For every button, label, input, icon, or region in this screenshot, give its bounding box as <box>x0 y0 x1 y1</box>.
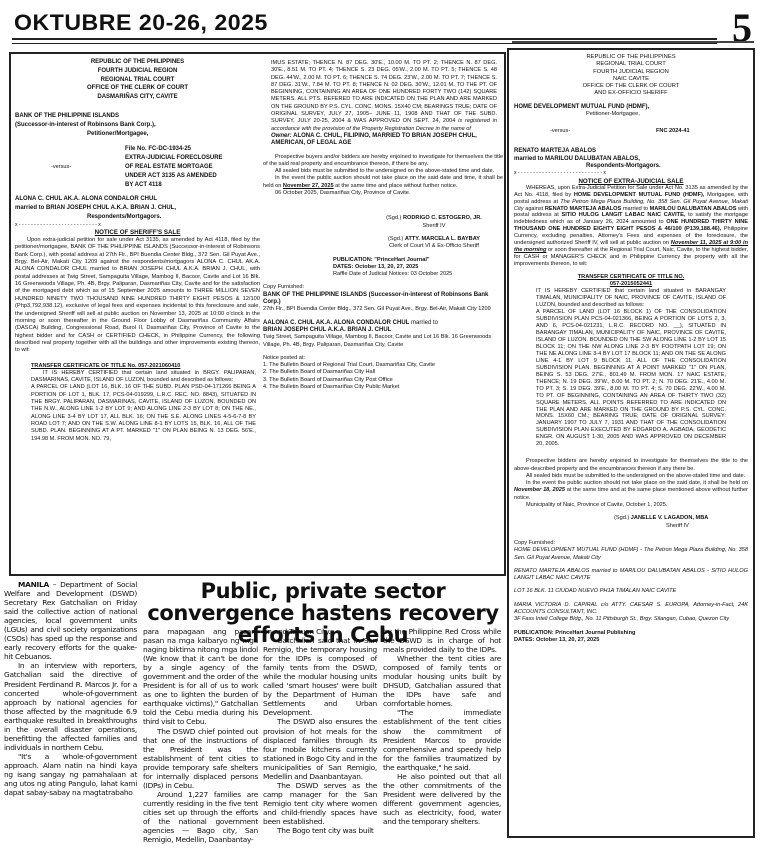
para-buyers: Prospective buyers and/or bidders are he… <box>263 154 503 169</box>
signatory-clerk: (Sgd.) ATTY. MARCELA L. BAYBAY Clerk of … <box>271 236 497 251</box>
issue-date: OKTUBRE 20-26, 2025 <box>14 10 268 36</box>
article-column-2: para mapagaan ang pasan-pasan na mga kal… <box>143 627 258 844</box>
tct-intro: IT IS HEREBY CERTIFIED that certain land… <box>31 370 256 385</box>
article-paragraph: He also pointed out that all the other c… <box>383 772 501 826</box>
respondent-name: RENATO MARTEJA ABALOS <box>514 148 748 155</box>
article-paragraph: In an interview with reporters, Gatchali… <box>4 661 137 751</box>
divider: x - - - - - - - - - - - - - - - - - - - … <box>15 222 260 229</box>
versus-label: -versus- <box>51 164 71 171</box>
page-number: 5 <box>732 4 752 51</box>
owner-line: Owner: ALONA C. CHUL, FILIPINO, MARRIED … <box>271 133 497 148</box>
article-paragraph: The Bogo tent city was built <box>263 826 377 835</box>
masthead: OKTUBRE 20-26, 2025 5 <box>12 8 752 44</box>
article-paragraph: "It's a whole-of-government approach. Al… <box>4 752 137 797</box>
box-rule <box>512 41 754 43</box>
article-column-3: an and Tanuan City. Gatchalian said that… <box>263 627 377 835</box>
article-paragraph: an and Tanuan City. <box>263 627 377 636</box>
notice-sheriffs-sale-bpi: REPUBLIC OF THE PHILIPPINES FOURTH JUDIC… <box>9 52 506 576</box>
notice-title: NOTICE OF SHERIFF'S SALE <box>15 229 260 237</box>
para-bids: All sealed bids must be submitted to the… <box>263 168 503 175</box>
case-caption: -versus- FNC 2024-41 <box>514 128 748 138</box>
article-column-1: MANILA – Department of Social Welfare an… <box>4 580 137 797</box>
article-paragraph: MANILA – Department of Social Welfare an… <box>4 580 137 661</box>
para-bids: All sealed bids must be submitted to the… <box>514 473 748 480</box>
court-header: REPUBLIC OF THE PHILIPPINES FOURTH JUDIC… <box>15 58 260 102</box>
article-column-4: by the Philippine Red Cross while the DS… <box>383 627 501 826</box>
respondent-role: Respondents/Mortgagors. <box>15 213 260 222</box>
dateline: 06 October 2025, Dasmariñas City, Provin… <box>263 190 497 197</box>
respondent-spouse: married to BRIAN JOSEPH CHUL A.K.A. BRIA… <box>15 204 260 213</box>
case-number: FNC 2024-41 <box>656 128 690 135</box>
petitioner-name: HOME DEVELOPMENT MUTUAL FUND (HDMF), <box>514 104 748 111</box>
tct-description: A PARCEL OF LAND (LOT 16 BLOCK 1) OF THE… <box>536 309 726 448</box>
article-paragraph: Gatchalian said that in San Remigio, the… <box>263 636 377 717</box>
respondent-name: ALONA C. CHUL AK.A. ALONA CONDALOR CHUL <box>15 195 260 204</box>
dateline: Municipality of Naic, Province of Cavite… <box>514 502 748 509</box>
article-paragraph: by the Philippine Red Cross while the DS… <box>383 627 501 654</box>
para-event: In the event the public auction should n… <box>514 480 748 502</box>
article-paragraph: Around 1,227 families are currently resi… <box>143 790 258 844</box>
notice-hdmf-column: REPUBLIC OF THE PHILIPPINES REGIONAL TRI… <box>514 54 748 644</box>
tct-title: TRANSFER CERTIFICATE OF TITLE No. 057-20… <box>31 363 256 370</box>
para-event: In the event the public auction should n… <box>263 175 503 190</box>
petitioner-name: BANK OF THE PHILIPPINE ISLANDS <box>15 112 260 121</box>
signatory-sheriff: (Sgd.) RODRIGO C. ESTOGERO, JR. Sheriff … <box>271 215 497 230</box>
publication-info: PUBLICATION: PrinceHart Journal Publishi… <box>514 630 748 645</box>
article-paragraph: The DSWD also ensures the provision of h… <box>263 717 377 780</box>
copy-furnished: Copy Furnished: BANK OF THE PHILIPPINE I… <box>263 284 497 391</box>
tct-description-cont: IMUS ESTATE; THENCE N. 87 DEG. 30'E., 10… <box>271 60 497 133</box>
petitioner-sub: (Successor-in-interest of Robinsons Bank… <box>15 121 260 130</box>
posted-list: 1. The Bulletin Board of Regional Trial … <box>263 362 497 391</box>
tct-description: A PARCEL OF LAND (LOT 16, BLK. 16 OF THE… <box>31 384 256 442</box>
case-details: File No. FC-DC-1934-25 EXTRA-JUDICIAL FO… <box>125 145 223 189</box>
article-paragraph: "The immediate establishment of the tent… <box>383 708 501 771</box>
versus-label: -versus- <box>550 128 570 135</box>
respondent-role: Respondents-Mortgagors. <box>514 163 748 170</box>
respondent-spouse: married to MARILOU DALUBATAN ABALOS, <box>514 156 748 163</box>
notice-body: Upon extra-judicial petition for sale un… <box>15 237 260 355</box>
tct-section: TRANSFER CERTIFICATE OF TITLE No. 057-20… <box>15 363 260 443</box>
copy-furnished: Copy Furnished: HOME DEVELOPMENT MUTUAL … <box>514 540 748 624</box>
publication-info: PUBLICATION: "PrinceHart Journal" DATES:… <box>271 257 497 279</box>
notice-title: NOTICE OF EXTRA-JUDICIAL SALE <box>514 178 748 185</box>
file-number: File No. FC-DC-1934-25 <box>125 145 223 154</box>
tct-section: IT IS HEREBY CERTIFIED that certain land… <box>514 288 748 448</box>
signatory: (Sgd.) JANELLE V. LAGADON, MBA Sheriff I… <box>514 515 748 530</box>
tct-intro: IT IS HEREBY CERTIFIED that certain land… <box>536 288 726 309</box>
notice-extrajudicial-sale-hdmf: REPUBLIC OF THE PHILIPPINES REGIONAL TRI… <box>507 48 755 838</box>
article-paragraph: The DSWD chief pointed out that one of t… <box>143 727 258 790</box>
notice-bpi-left-column: REPUBLIC OF THE PHILIPPINES FOURTH JUDIC… <box>15 58 260 443</box>
notice-bpi-right-column: IMUS ESTATE; THENCE N. 87 DEG. 30'E., 10… <box>271 60 497 391</box>
notice-body: WHEREAS, upon Extra-Judicial Petition fo… <box>514 185 748 268</box>
petitioner-role: Petitioner-Mortgagee, <box>514 111 748 118</box>
tct-title: TRANSFER CERTIFICATE OF TITLE NO. 057-20… <box>514 274 748 289</box>
article-paragraph: The DSWD serves as the camp manager for … <box>263 781 377 826</box>
para-bidders: Prospective bidders are hereby enjoined … <box>514 458 748 473</box>
court-header: REPUBLIC OF THE PHILIPPINES REGIONAL TRI… <box>514 54 748 98</box>
article-paragraph: Whether the tent cities are composed of … <box>383 654 501 708</box>
petitioner-role: Petitioner/Mortgagee, <box>15 130 260 139</box>
divider: x - - - - - - - - - - - - - - - - - - - … <box>514 170 748 177</box>
article-paragraph: para mapagaan ang pasan-pasan na mga kal… <box>143 627 258 727</box>
case-caption: -versus- File No. FC-DC-1934-25 EXTRA-JU… <box>15 145 260 191</box>
